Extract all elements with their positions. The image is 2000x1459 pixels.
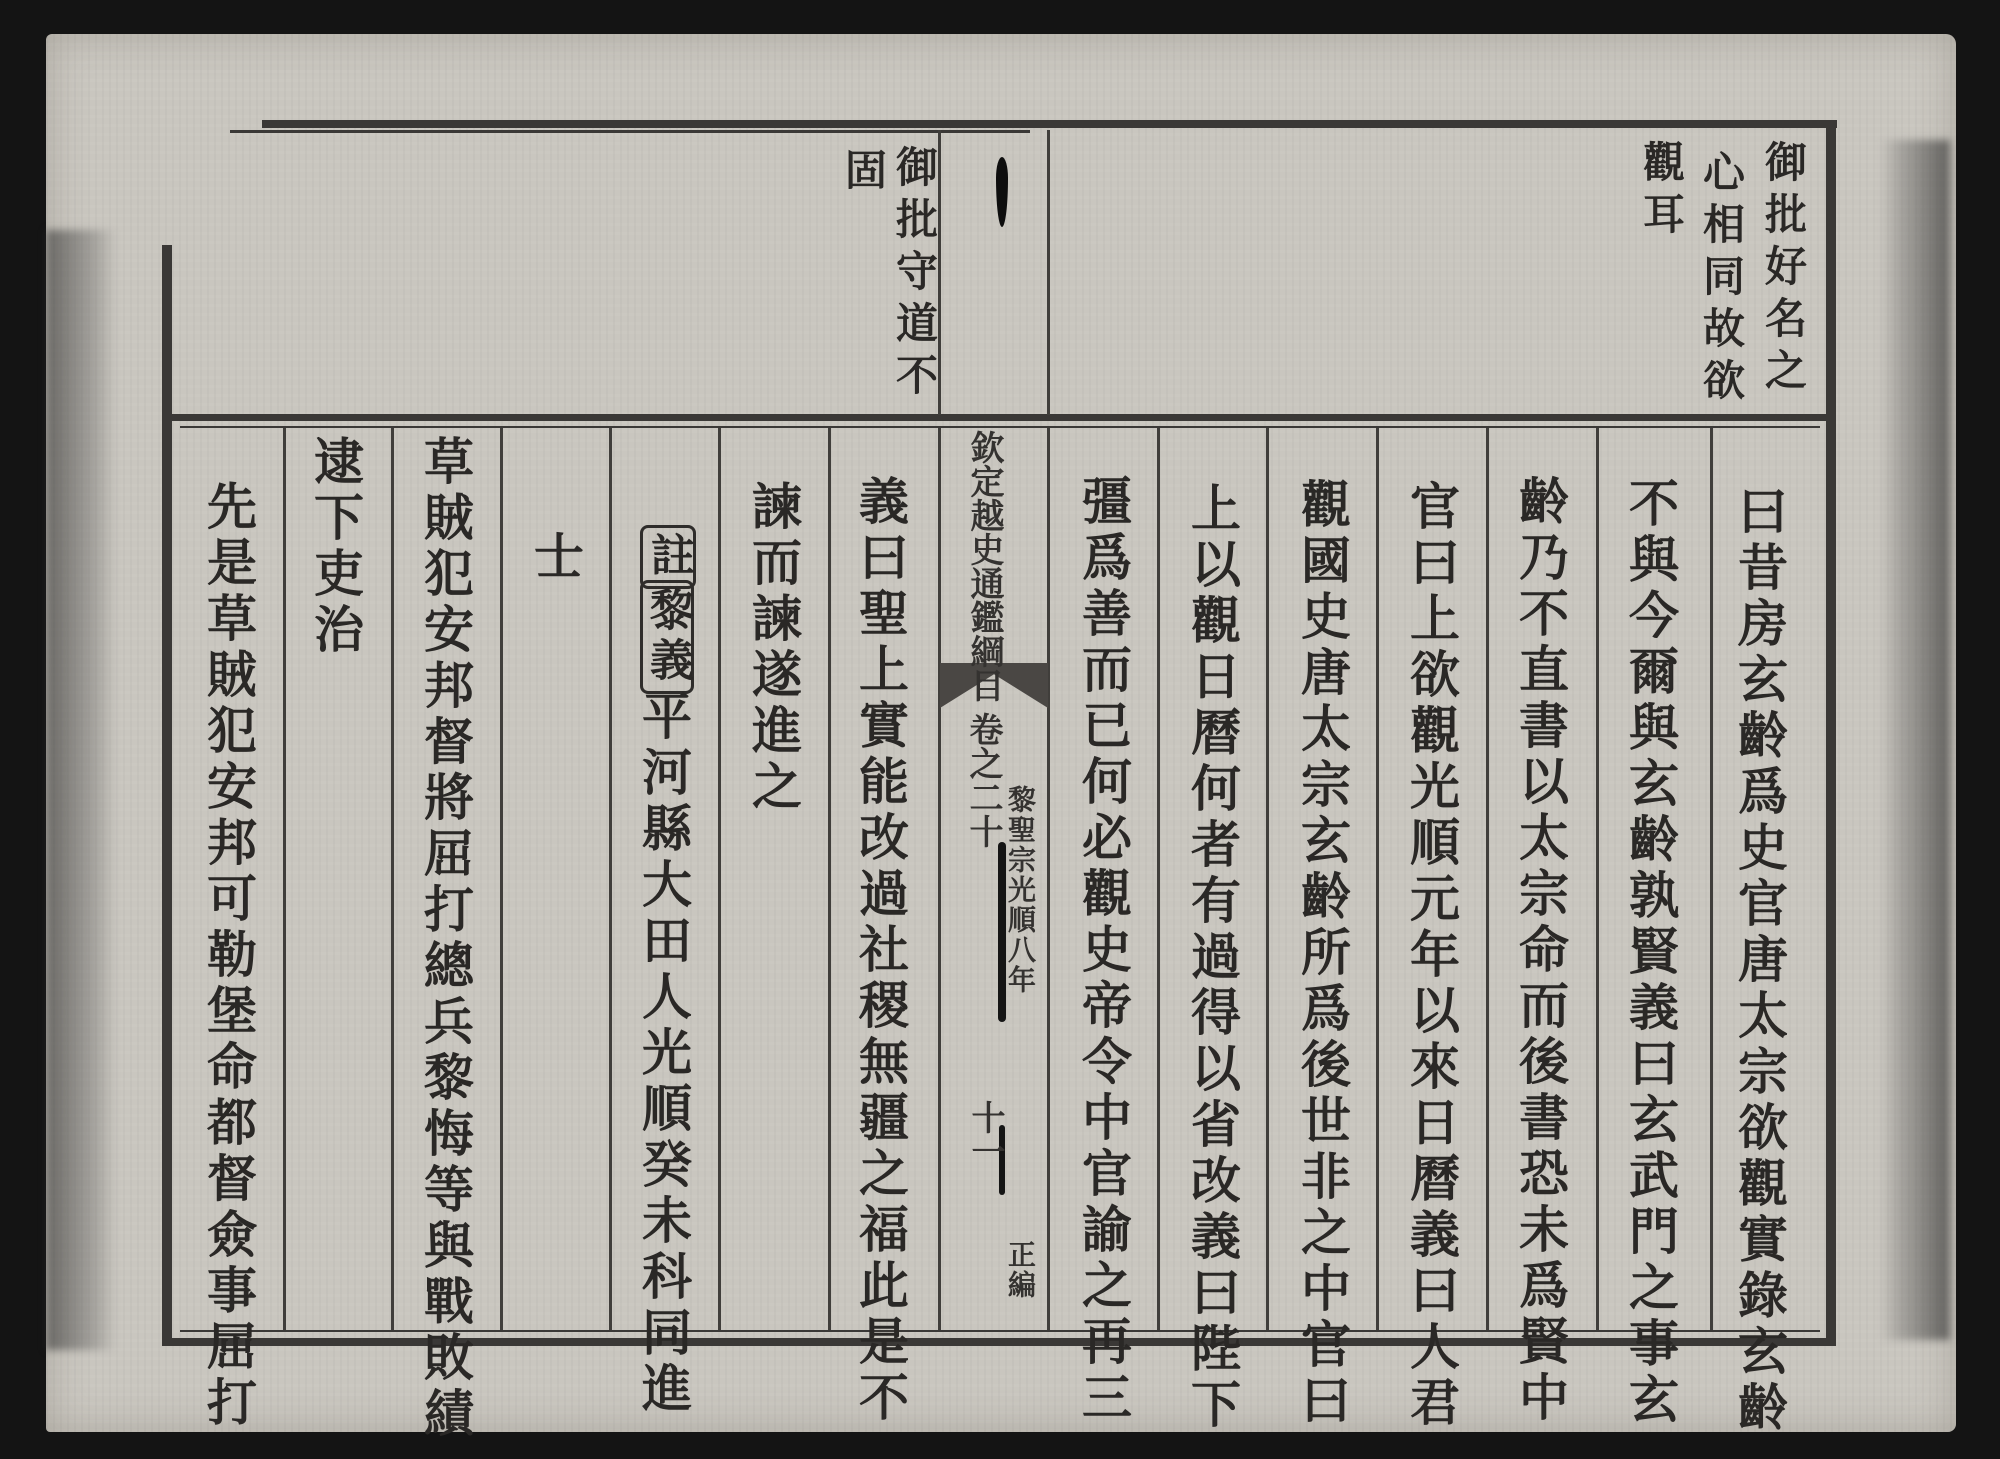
section-label: 正編 <box>1006 1240 1034 1300</box>
frame-right-border <box>1826 120 1836 1345</box>
leaf-number: 十一 <box>968 1100 1002 1168</box>
ink-smudge-right <box>1880 140 1950 1340</box>
column-rule <box>609 428 612 1330</box>
column-rule <box>1596 428 1599 1330</box>
inner-top-rule <box>180 426 1820 428</box>
imperial-comment-right-col3: 觀耳 <box>1640 140 1682 244</box>
main-text-column: 彊爲善而已何必觀史帝令中官諭之再三 <box>1078 475 1128 1427</box>
column-rule <box>938 428 941 1330</box>
frame-top-border-inner <box>230 130 1030 133</box>
register-divider <box>162 414 1836 421</box>
column-rule <box>1376 428 1379 1330</box>
column-rule <box>1047 428 1050 1330</box>
main-text-column: 義曰聖上實能改過社稷無疆之福此是不 <box>855 475 905 1427</box>
frame-left-border <box>162 245 172 1345</box>
main-text-column: 官曰上欲觀光順元年以來日曆義曰人君 <box>1406 480 1456 1432</box>
column-rule <box>1157 428 1160 1330</box>
ink-smudge-left <box>46 230 116 1350</box>
imperial-comment-right-col1: 御批好名之 <box>1762 140 1804 400</box>
reign-label: 黎聖宗光順八年 <box>1006 785 1034 995</box>
frame-top-border <box>262 120 1837 128</box>
main-text-column: 逮下吏治 <box>310 435 360 659</box>
frame-bottom-border <box>162 1338 1836 1346</box>
column-rule <box>1486 428 1489 1330</box>
main-text-column: 不與今爾與玄齡孰賢義曰玄武門之事玄 <box>1625 477 1675 1429</box>
volume-label: 卷之二十 <box>966 712 1000 848</box>
main-text-column: 諫而諫遂進之 <box>748 480 798 816</box>
annotation-mark-name: 黎義 <box>640 580 694 694</box>
column-rule <box>391 428 394 1330</box>
book-title: 欽定越史通鑑綱目 <box>967 430 1001 702</box>
main-text-column: 士 <box>530 530 580 586</box>
main-text-column: 觀國史唐太宗玄齡所爲後世非之中官曰 <box>1297 478 1347 1430</box>
main-text-column: 曰昔房玄齡爲史官唐太宗欲觀實錄玄齡 <box>1734 485 1784 1437</box>
imperial-comment-left-col2: 固 <box>842 148 884 200</box>
main-text-column: 平河縣大田人光順癸未科同進 <box>638 690 688 1418</box>
imperial-comment-left-col1: 御批守道不 <box>893 145 935 405</box>
main-text-column: 上以觀日曆何者有過得以省改義曰陛下 <box>1187 482 1237 1434</box>
center-fold-rule <box>1047 130 1050 415</box>
column-rule <box>283 428 286 1330</box>
main-text-column: 草賊犯安邦督將屈打總兵黎悔等與戰敗績 <box>420 435 470 1443</box>
column-rule <box>500 428 503 1330</box>
main-text-column: 齡乃不直書以太宗命而後書恐未爲賢中 <box>1515 475 1565 1427</box>
imperial-comment-right-col2: 心相同故欲 <box>1700 150 1742 410</box>
column-rule <box>718 428 721 1330</box>
main-text-column: 先是草賊犯安邦可勒堡命都督僉事屈打 <box>203 480 253 1432</box>
column-rule <box>828 428 831 1330</box>
column-rule <box>1266 428 1269 1330</box>
column-rule <box>1710 428 1713 1330</box>
